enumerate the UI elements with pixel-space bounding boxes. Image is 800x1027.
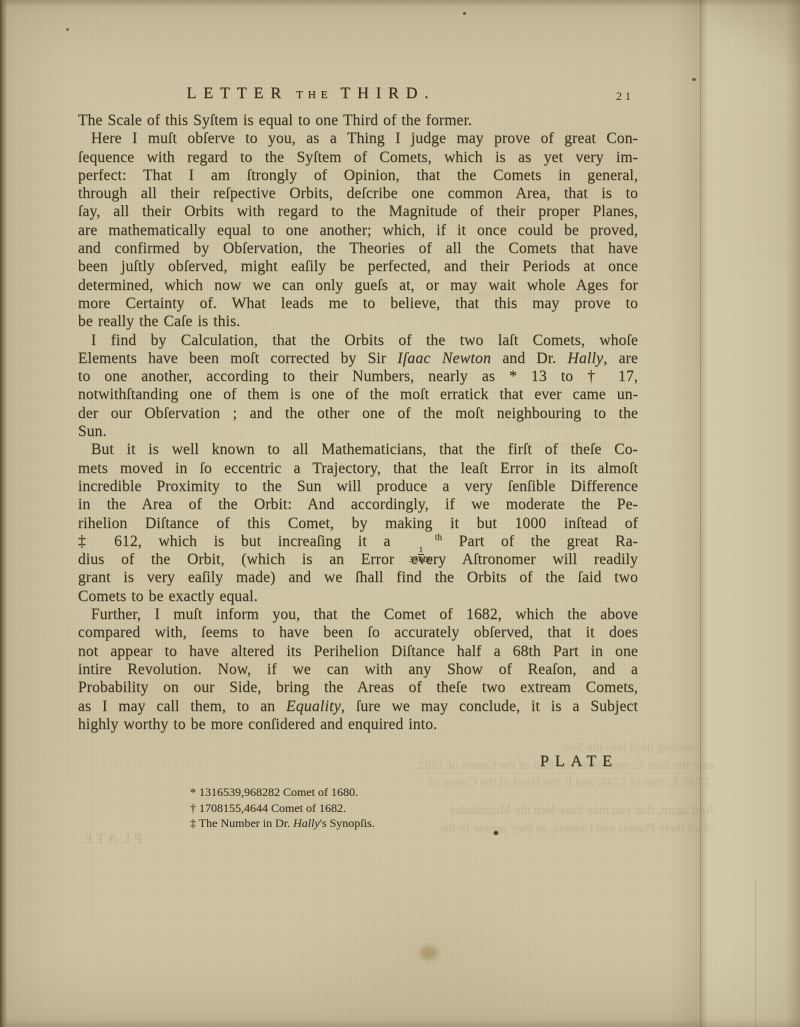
body-text: The Scale of this Syſtem is equal to one… bbox=[78, 112, 638, 734]
scanned-book-page: with regard to the Body of the Earth, A,… bbox=[0, 0, 800, 1027]
paragraph: Further, I muſt inform you, that the Com… bbox=[78, 606, 638, 734]
text-line: highly worthy to be more conſidered and … bbox=[78, 716, 638, 734]
paper-stain bbox=[420, 946, 438, 960]
page-left-edge bbox=[0, 0, 7, 1027]
text-line: not appear to have altered its Perihelio… bbox=[78, 643, 638, 661]
ink-speck bbox=[494, 831, 498, 835]
paragraph: Here I muſt obſerve to you, as a Thing I… bbox=[78, 130, 638, 331]
header-row: LETTERTHETHIRD. 21 bbox=[78, 85, 638, 112]
text-line: compared with, ſeems to have been ſo acc… bbox=[78, 624, 638, 642]
title-word-third: THIRD. bbox=[341, 85, 436, 102]
footnotes: * 1316539,968282 Comet of 1680.† 1708155… bbox=[190, 785, 630, 832]
page-title: LETTERTHETHIRD. bbox=[31, 85, 591, 103]
text-line: be really the Caſe is this. bbox=[78, 313, 638, 331]
text-line: dius of the Orbit, (which is an Error ev… bbox=[78, 551, 638, 569]
paper-speck bbox=[66, 28, 69, 31]
title-word-letter: LETTER bbox=[187, 85, 289, 102]
text-line: Probability on our Side, bring the Areas… bbox=[78, 679, 638, 697]
text-line: notwithſtanding one of them is one of th… bbox=[78, 386, 638, 404]
footnote-line: * 1316539,968282 Comet of 1680. bbox=[190, 785, 630, 801]
text-line: incredible Proximity to the Sun will pro… bbox=[78, 478, 638, 496]
text-line: der our Obſervation ; and the other one … bbox=[78, 405, 638, 423]
fold-shadow bbox=[668, 0, 700, 1027]
text-line: and confirmed by Obſervation, the Theori… bbox=[78, 240, 638, 258]
paragraph: I find by Calculation, that the Orbits o… bbox=[78, 332, 638, 442]
paper-crease bbox=[755, 880, 756, 1027]
text-line: ‡ 612, which is but increaſing it a 1350… bbox=[78, 533, 638, 551]
paper-speck bbox=[692, 78, 696, 81]
title-word-the: THE bbox=[296, 89, 332, 101]
text-line: intire Revolution. Now, if we can with a… bbox=[78, 661, 638, 679]
text-line: Further, I muſt inform you, that the Com… bbox=[78, 606, 638, 624]
text-line: ſequence with regard to the Syſtem of Co… bbox=[78, 149, 638, 167]
text-line: But it is well known to all Mathematicia… bbox=[78, 441, 638, 459]
text-line: mets moved in ſo eccentric a Trajectory,… bbox=[78, 460, 638, 478]
text-line: Comets to be exactly equal. bbox=[78, 588, 638, 606]
text-line: grant is very eaſily made) and we ſhall … bbox=[78, 569, 638, 587]
text-block: LETTERTHETHIRD. 21 The Scale of this Syſ… bbox=[78, 85, 638, 112]
catchword: PLATE bbox=[540, 753, 618, 771]
bleed-through-text: PLATE bbox=[80, 832, 142, 848]
text-line: more Certainty of. What leads me to beli… bbox=[78, 295, 638, 313]
text-line: in the Area of the Orbit: And accordingl… bbox=[78, 496, 638, 514]
corner-shading bbox=[670, 0, 800, 65]
page-number: 21 bbox=[616, 89, 634, 104]
paragraph: But it is well known to all Mathematicia… bbox=[78, 441, 638, 606]
footnote-line: ‡ The Number in Dr. Hally's Synopſis. bbox=[190, 816, 630, 832]
text-line: are mathematically equal to one another;… bbox=[78, 222, 638, 240]
text-line: I find by Calculation, that the Orbits o… bbox=[78, 332, 638, 350]
footnote-line: † 1708155,4644 Comet of 1682. bbox=[190, 801, 630, 817]
text-line: The Scale of this Syſtem is equal to one… bbox=[78, 112, 638, 130]
text-line: Here I muſt obſerve to you, as a Thing I… bbox=[78, 130, 638, 148]
text-line: been juſtly obſerved, might eaſily be pe… bbox=[78, 258, 638, 276]
text-line: Elements have been moſt corrected by Sir… bbox=[78, 350, 638, 368]
adjacent-page-edge bbox=[700, 0, 800, 1027]
text-line: ſay, all their Orbits with regard to the… bbox=[78, 203, 638, 221]
paragraph: The Scale of this Syſtem is equal to one… bbox=[78, 112, 638, 130]
text-line: perfect: That I am ſtrongly of Opinion, … bbox=[78, 167, 638, 185]
text-line: Sun. bbox=[78, 423, 638, 441]
text-line: as I may call them, to an Equality, ſure… bbox=[78, 698, 638, 716]
text-line: rihelion Diſtance of this Comet, by maki… bbox=[78, 515, 638, 533]
text-line: determined, which now we can only gueſs … bbox=[78, 277, 638, 295]
text-line: to one another, according to their Numbe… bbox=[78, 368, 638, 386]
text-line: through all their reſpective Orbits, deſ… bbox=[78, 185, 638, 203]
paper-speck bbox=[463, 12, 466, 15]
